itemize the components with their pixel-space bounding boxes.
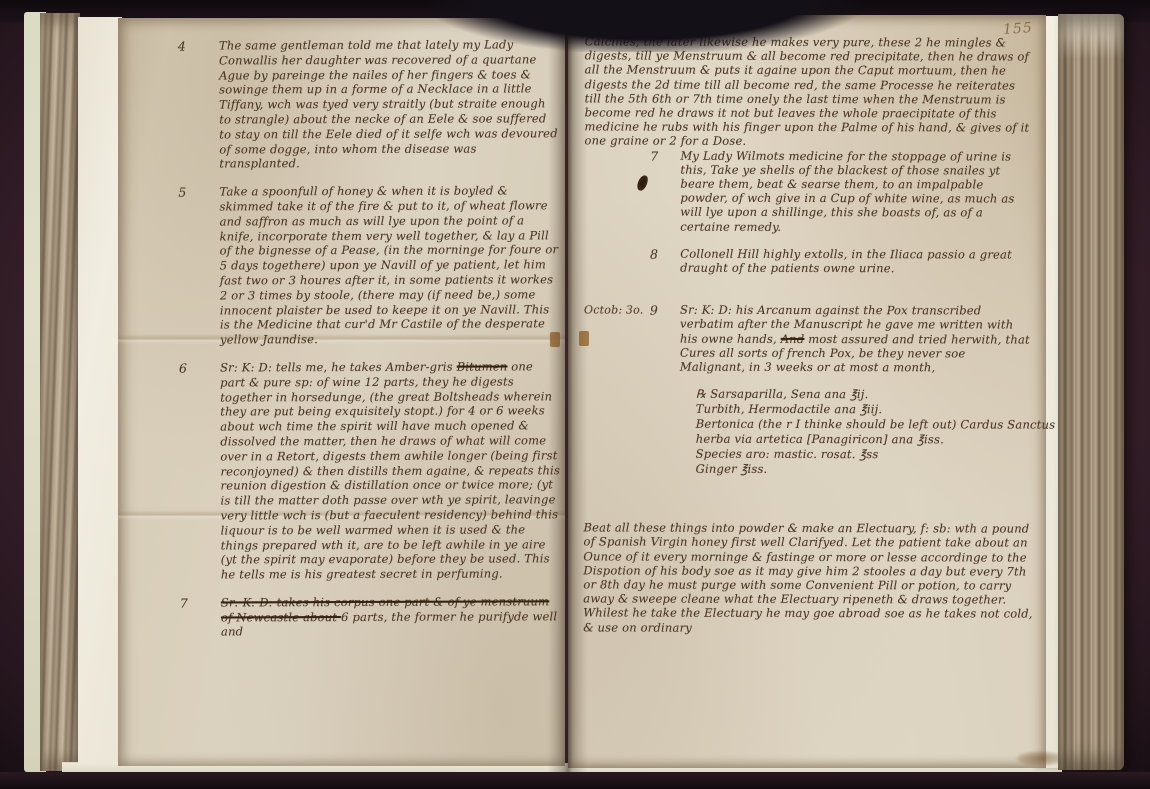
margin-number: 7 — [147, 595, 221, 640]
left-page-edge-stack — [40, 13, 80, 771]
tape-mark — [579, 331, 589, 346]
entry-7-deleted: 7 Sr: K: D: takes his corpus one part & … — [147, 594, 561, 640]
cover-bottom-shadow — [0, 772, 1150, 789]
continuation-text: Calcines, the later likewise he makes ve… — [584, 34, 1034, 149]
margin-number: 9 — [650, 304, 658, 374]
margin-date-note: Octob: 3o. — [584, 304, 644, 374]
left-page: 4 The same gentleman told me that lately… — [118, 18, 565, 766]
recipe-line: Turbith, Hermodactile ana ℥iij. — [696, 402, 1034, 418]
entry-6: 6 Sr: K: D: tells me, he takes Amber-gri… — [146, 359, 561, 582]
entry-text: Sr: K: D: his Arcanum against the Pox tr… — [680, 303, 1034, 375]
entry-7: 7 My Lady Wilmots medicine for the stopp… — [584, 148, 1034, 234]
entry-text: Sr: K: D: tells me, he takes Amber-gris … — [220, 359, 561, 582]
manuscript-photo: 4 The same gentleman told me that lately… — [0, 0, 1150, 789]
tape-mark — [550, 332, 560, 347]
margin-number: 4 — [145, 38, 219, 171]
entry-text: The same gentleman told me that lately m… — [219, 37, 559, 171]
margin-cell: Octob: 3o. 9 — [584, 303, 680, 374]
closing-paragraph: Whilest he take the Electuary he may goe… — [583, 606, 1033, 636]
entry-8: 8 Collonell Hill highly extolls, in the … — [584, 246, 1034, 276]
entry-text-lead: Sr: K: D: tells me, he takes Amber-gris — [220, 360, 457, 375]
recipe-line: Bertonica (the r I thinke should be left… — [696, 417, 1034, 433]
entry-9: Octob: 3o. 9 Sr: K: D: his Arcanum again… — [584, 303, 1034, 375]
margin-number: 8 — [650, 247, 658, 274]
entry-text: Take a spoonfull of honey & when it is b… — [219, 183, 560, 347]
entry-text-rest: one part & pure sp: of wine 12 parts, th… — [220, 359, 560, 581]
struck-word: Bitumen — [457, 359, 508, 373]
entry-text: Sr: K: D: takes his corpus one part & of… — [221, 594, 561, 640]
margin-number: 5 — [145, 185, 220, 348]
closing-paragraph: Beat all these things into powder & make… — [583, 521, 1033, 607]
recipe-block: ℞ Sarsaparilla, Sena ana ℥ij. Turbith, H… — [696, 387, 1034, 478]
entry-4: 4 The same gentleman told me that lately… — [145, 37, 559, 172]
entry-text: My Lady Wilmots medicine for the stoppag… — [680, 148, 1034, 234]
right-page-text: Calcines, the later likewise he makes ve… — [583, 34, 1035, 635]
bottom-stain — [1016, 751, 1064, 766]
guard-sheet — [78, 17, 122, 767]
margin-number: 7 — [650, 149, 658, 233]
entry-5: 5 Take a spoonfull of honey & when it is… — [145, 183, 560, 347]
recipe-line: Ginger ℥iss. — [696, 462, 1034, 478]
margin-cell: 8 — [584, 246, 680, 275]
fore-edge-stack — [1058, 14, 1124, 770]
right-page: 155 Calcines, the later likewise he make… — [568, 15, 1046, 768]
recipe-line: herba via artetica [Panagiricon] ana ℥is… — [696, 432, 1034, 448]
recipe-line: ℞ Sarsaparilla, Sena ana ℥ij. — [696, 387, 1034, 403]
left-page-text: 4 The same gentleman told me that lately… — [145, 37, 561, 653]
struck-word: And — [781, 332, 805, 346]
margin-cell: 7 — [584, 148, 680, 233]
margin-number: 6 — [146, 360, 221, 582]
entry-text: Collonell Hill highly extolls, in the Il… — [680, 247, 1034, 276]
recipe-line: Species aro: mastic. rosat. ℥ss — [696, 447, 1034, 463]
